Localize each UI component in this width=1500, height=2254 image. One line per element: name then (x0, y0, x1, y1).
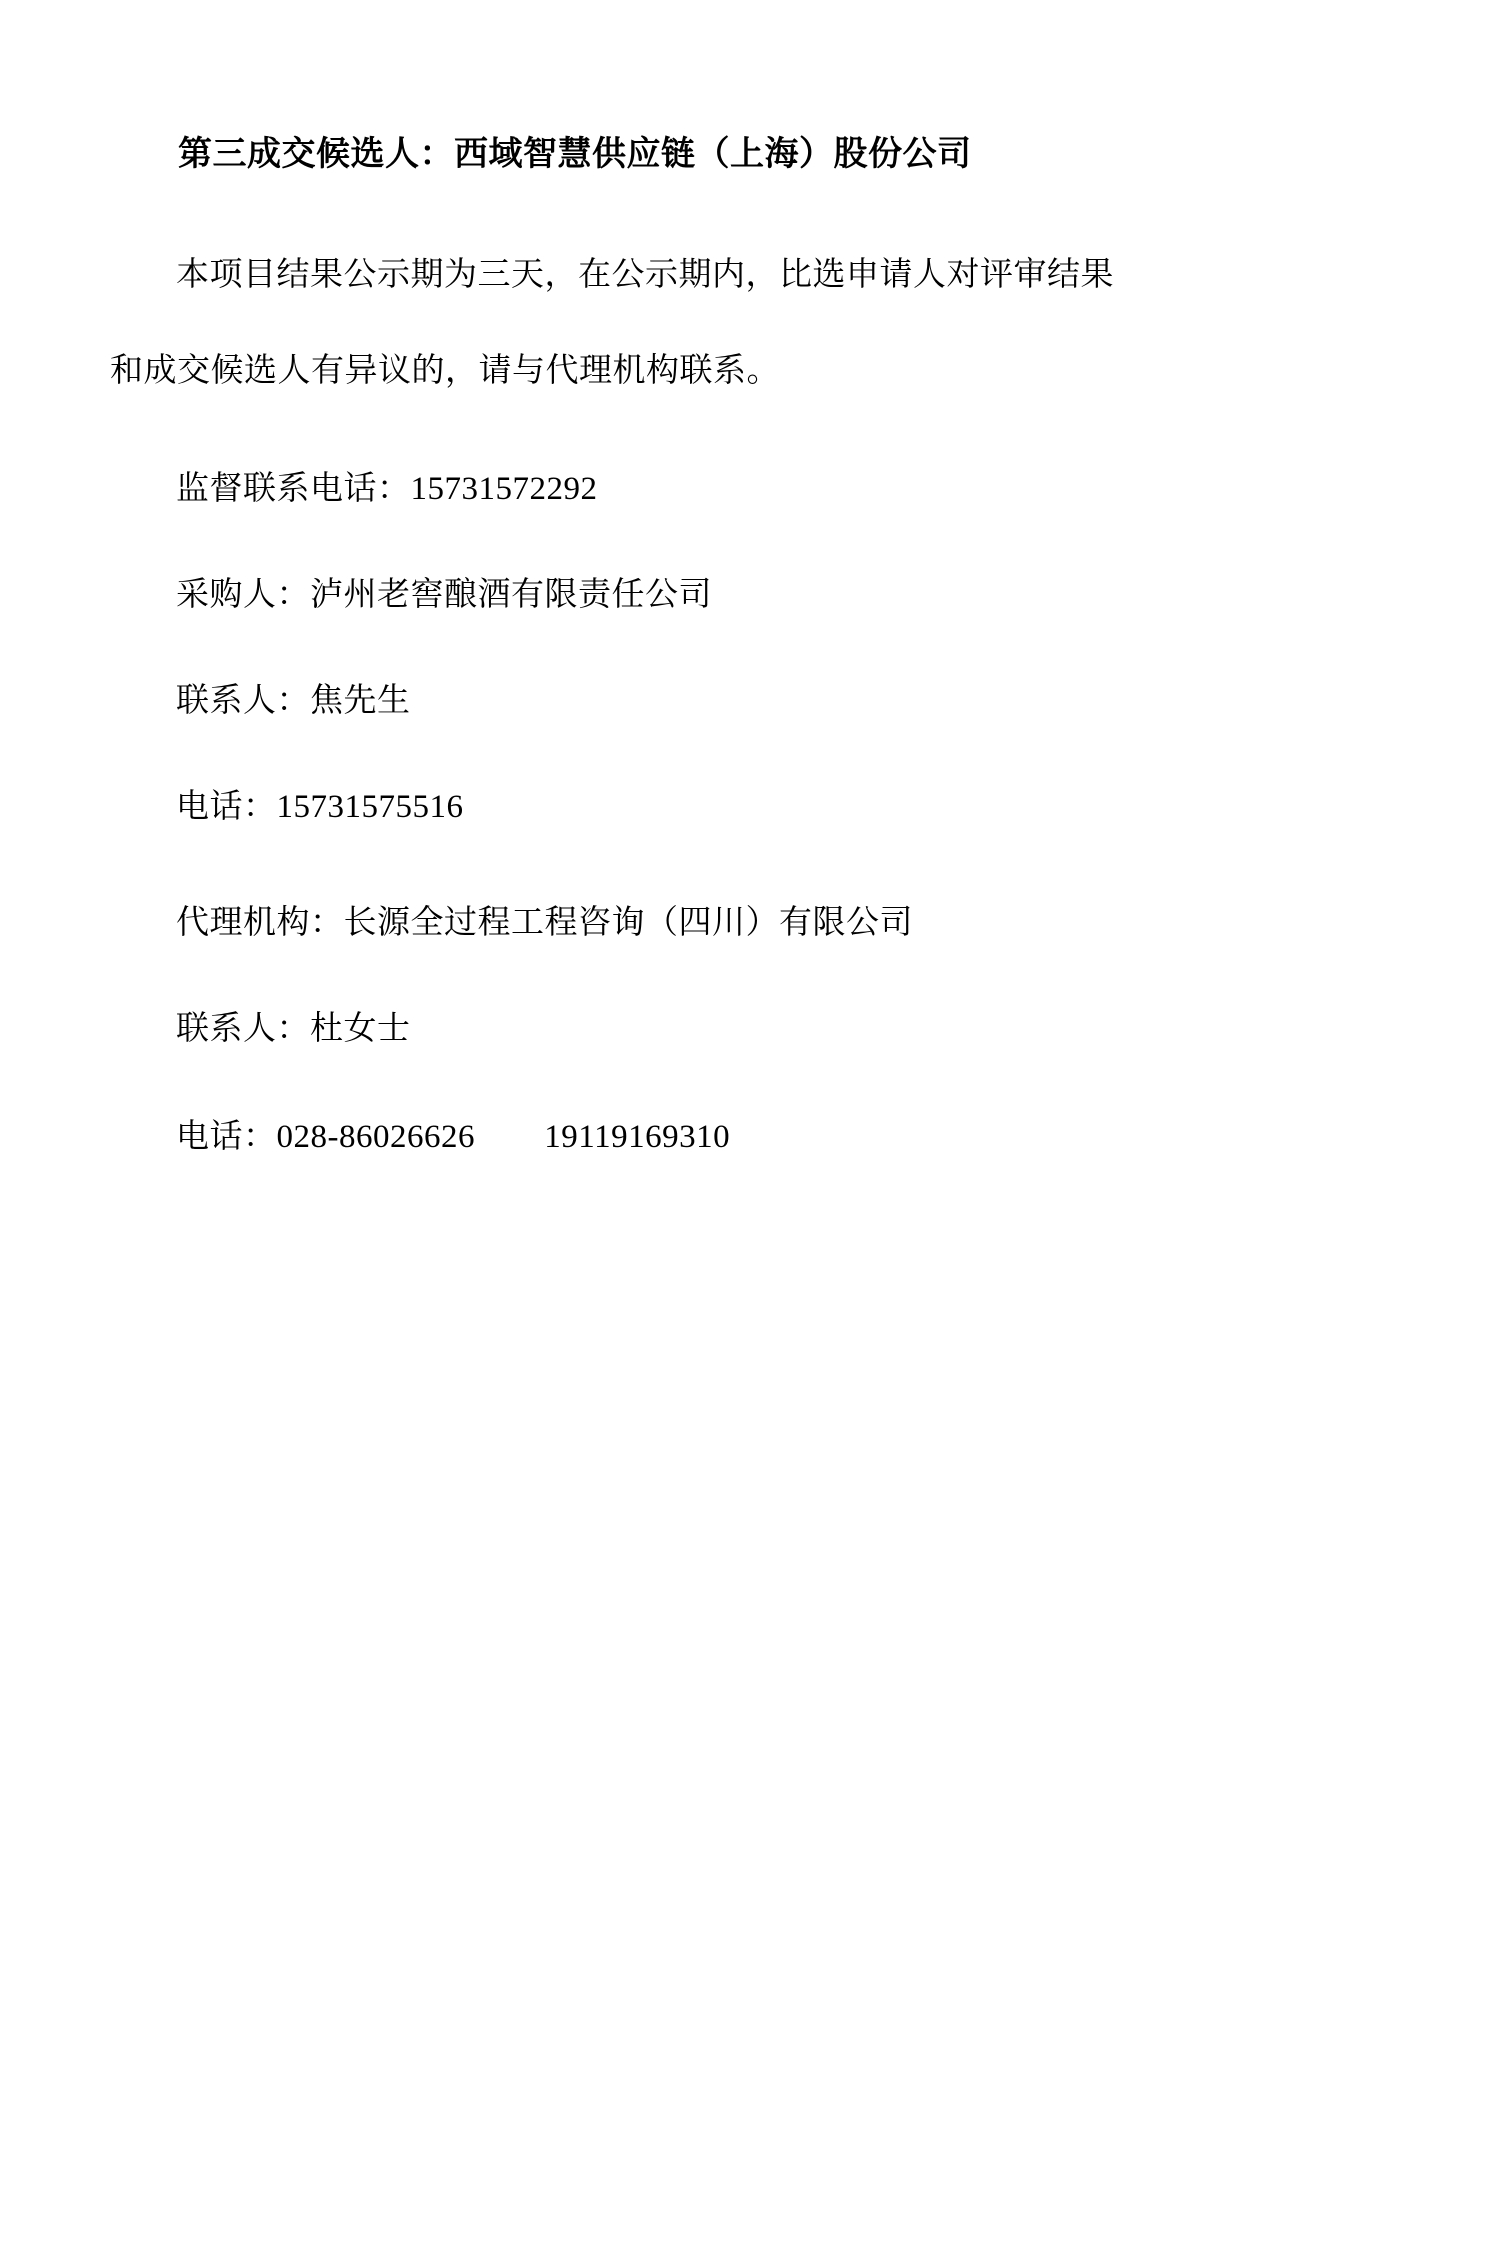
purchaser-contact-line: 联系人：焦先生 (110, 678, 1390, 724)
agency-label: 代理机构： (176, 905, 344, 941)
agency-value: 长源全过程工程咨询（四川）有限公司 (344, 905, 914, 941)
publicity-paragraph-line-1: 本项目结果公示期为三天，在公示期内，比选申请人对评审结果 (110, 252, 1390, 298)
agency-phone-value-1: 028-86026626 (277, 1119, 476, 1155)
supervision-phone-label: 监督联系电话： (176, 471, 411, 507)
heading-third-winning-candidate: 第三成交候选人：西域智慧供应链（上海）股份公司 (110, 132, 1390, 178)
agency-phone-line: 电话：028-8602662619119169310 (110, 1114, 1390, 1160)
supervision-phone-line: 监督联系电话：15731572292 (110, 466, 1390, 512)
purchaser-phone-line: 电话：15731575516 (110, 784, 1390, 830)
purchaser-contact-value: 焦先生 (310, 683, 411, 719)
purchaser-phone-label: 电话： (176, 789, 277, 825)
agency-contact-value: 杜女士 (310, 1011, 411, 1047)
purchaser-contact-label: 联系人： (176, 683, 310, 719)
purchaser-label: 采购人： (176, 577, 310, 613)
agency-contact-line: 联系人：杜女士 (110, 1006, 1390, 1052)
publicity-paragraph-line-2: 和成交候选人有异议的，请与代理机构联系。 (110, 348, 1390, 394)
purchaser-phone-value: 15731575516 (277, 789, 464, 825)
supervision-phone-value: 15731572292 (411, 471, 598, 507)
agency-phone-label: 电话： (176, 1119, 277, 1155)
agency-line: 代理机构：长源全过程工程咨询（四川）有限公司 (110, 900, 1390, 946)
document-page: 第三成交候选人：西域智慧供应链（上海）股份公司 本项目结果公示期为三天，在公示期… (0, 0, 1500, 2254)
agency-contact-label: 联系人： (176, 1011, 310, 1047)
purchaser-line: 采购人：泸州老窖酿酒有限责任公司 (110, 572, 1390, 618)
purchaser-value: 泸州老窖酿酒有限责任公司 (310, 577, 712, 613)
agency-phone-value-2: 19119169310 (544, 1119, 730, 1155)
document-content: 第三成交候选人：西域智慧供应链（上海）股份公司 本项目结果公示期为三天，在公示期… (0, 132, 1500, 1160)
